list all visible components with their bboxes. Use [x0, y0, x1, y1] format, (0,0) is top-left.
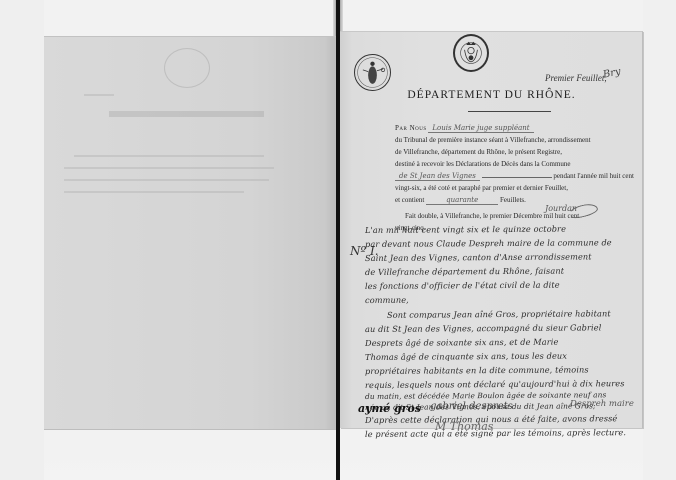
- bleed-through-line: [64, 191, 244, 193]
- backdrop-right-edge: [643, 0, 676, 480]
- signature-witness-2: M Thomas: [435, 420, 493, 433]
- bleed-through-seal-icon: [164, 48, 210, 88]
- signature-witness-1: gabriel desprets: [430, 401, 513, 412]
- left-page: [44, 36, 336, 429]
- signatures-area: aymé gros gabriel desprets Despreh maire…: [340, 0, 643, 480]
- signature-mayor: Despreh maire: [570, 399, 634, 409]
- bleed-through-line: [64, 167, 274, 169]
- backdrop-left-edge: [0, 0, 44, 480]
- bleed-through-line: [64, 179, 269, 181]
- bleed-through-line: [74, 155, 264, 157]
- signature-declarant: aymé gros: [358, 402, 421, 415]
- bleed-through-title: [109, 111, 264, 117]
- bleed-through-line: [84, 94, 114, 96]
